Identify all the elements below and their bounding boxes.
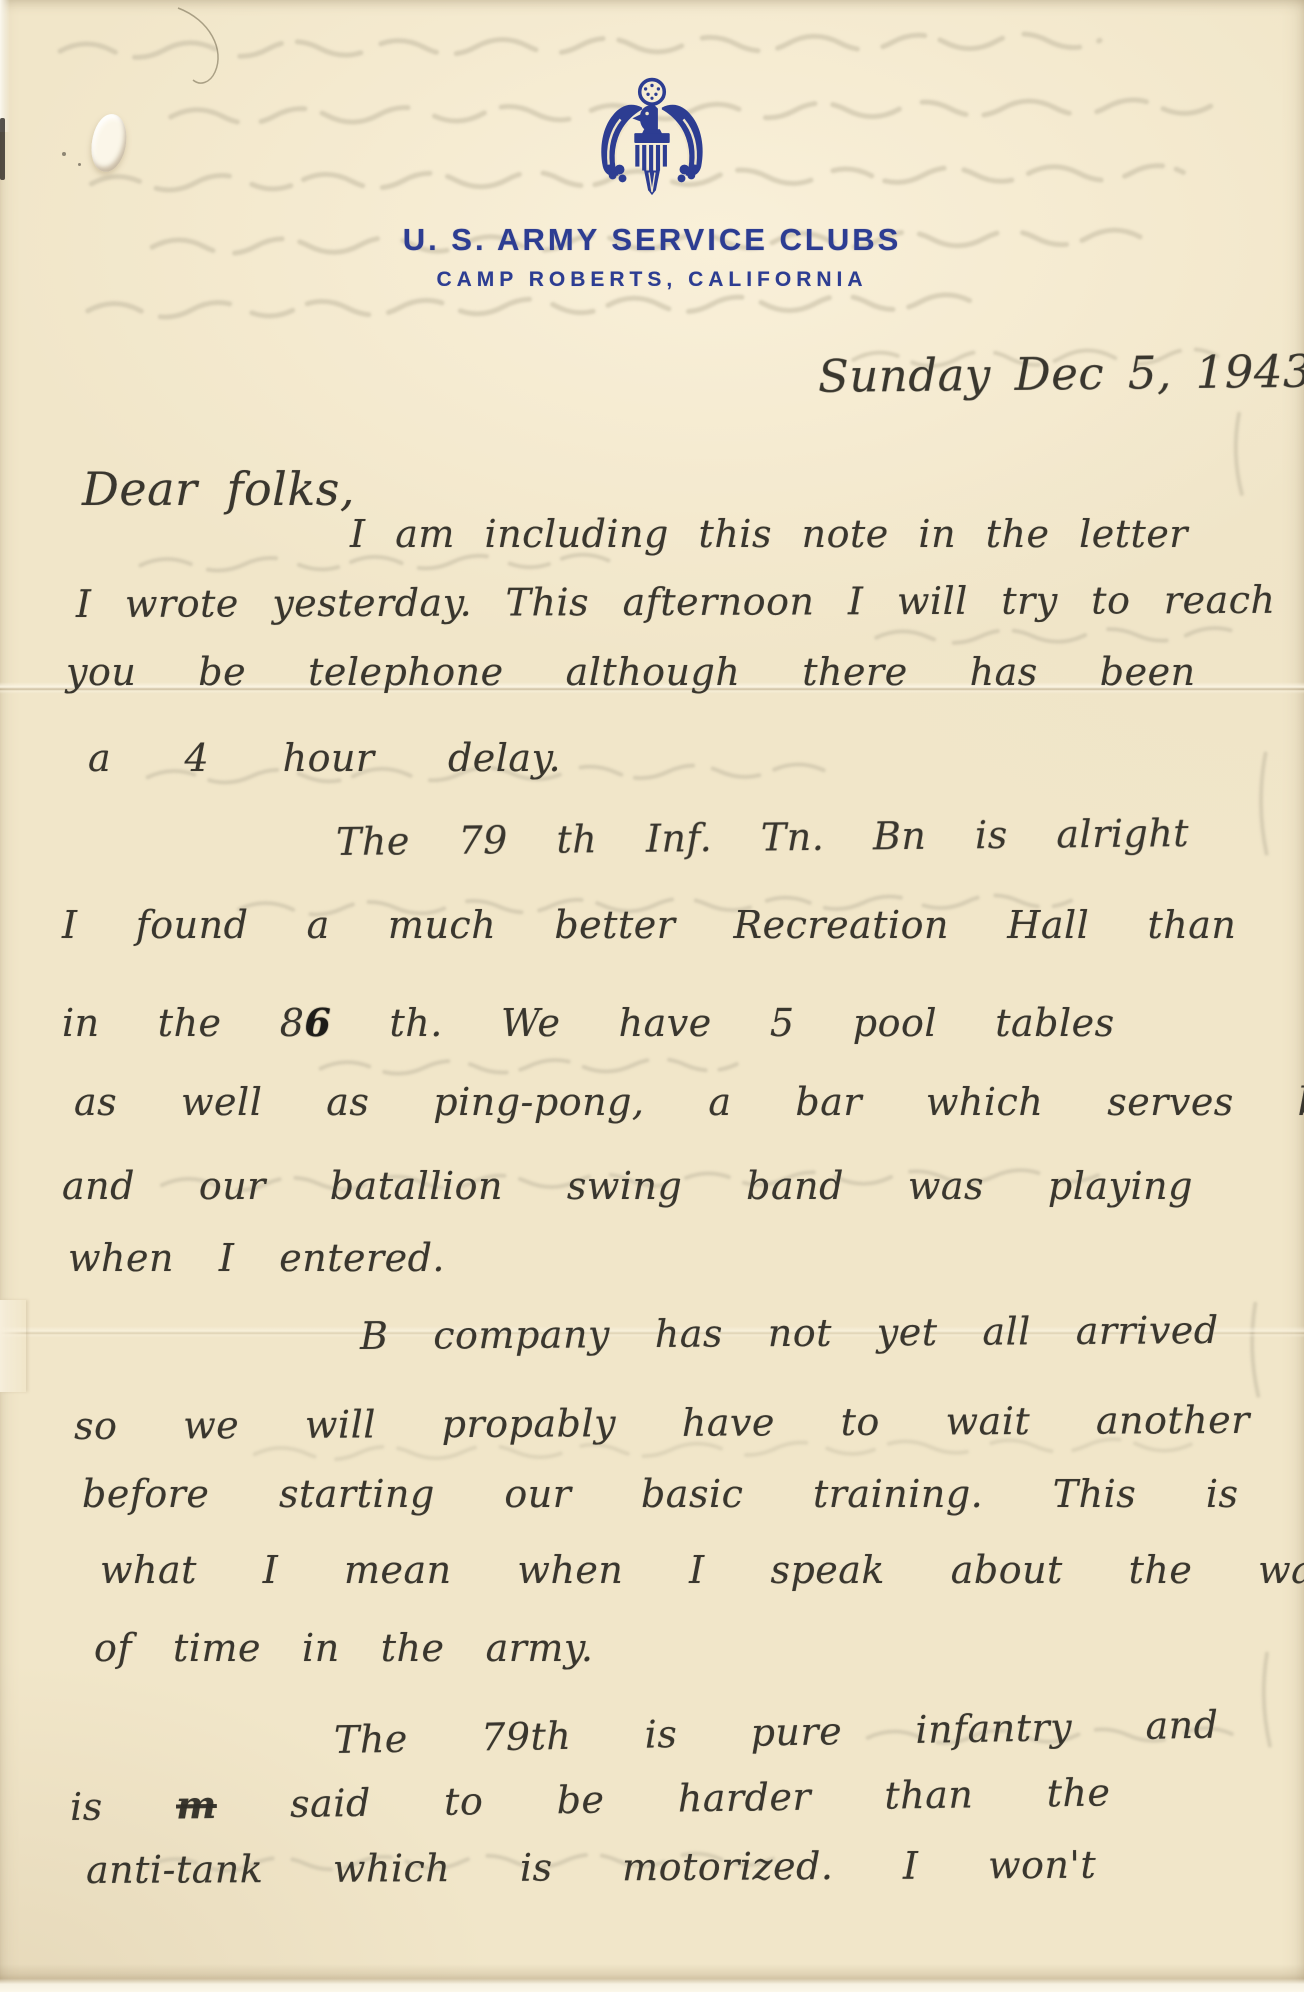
paper-bottom-edge [0, 1964, 1304, 1992]
handwritten-line: in the 86 th. We have 5 pool tables [62, 1000, 1115, 1045]
handwritten-line: I found a much better Recreation Hall th… [62, 903, 1236, 947]
line-text: said to be harder than the [216, 1770, 1110, 1826]
handwritten-line: when I entered. [68, 1236, 445, 1280]
paper-edge-highlight [0, 0, 10, 132]
overwritten-digit: 6 [304, 1000, 331, 1045]
left-edge-ink-mark [0, 118, 5, 180]
line-text: is [70, 1784, 177, 1829]
date-line: Sunday Dec 5, 1943 [818, 345, 1304, 403]
handwritten-line: so we will propably have to wait another… [74, 1397, 1304, 1448]
handwritten-line: is m said to be harder than the [70, 1769, 1111, 1829]
handwritten-line: and our batallion swing band was playing [62, 1164, 1193, 1208]
line-text: th. We have 5 pool tables [331, 1001, 1114, 1045]
bleedthrough-ghost-writing [0, 0, 1304, 1992]
handwritten-line: anti-tank which is motorized. I won't [86, 1843, 1096, 1892]
army-eagle-crest-logo [593, 76, 711, 208]
paper-speck [78, 163, 81, 166]
handwritten-line: what I mean when I speak about the waste [100, 1548, 1304, 1592]
paper-fiber-hair [40, 0, 300, 110]
handwritten-line: you be telephone although there has been [66, 650, 1196, 694]
handwritten-line: The 79 th Inf. Tn. Bn is alright [336, 811, 1190, 864]
salutation: Dear folks, [82, 462, 355, 516]
handwritten-line: before starting our basic training. This… [82, 1472, 1239, 1516]
handwritten-line: of time in the army. [94, 1626, 593, 1670]
letterhead-org-name: U. S. ARMY SERVICE CLUBS [0, 222, 1304, 258]
fold-tear-left-edge [0, 1300, 26, 1392]
line-text: in the 8 [62, 1001, 304, 1045]
staple-dent [86, 111, 131, 175]
handwritten-line: I am including this note in the letter [350, 512, 1188, 556]
handwritten-line: as well as ping-pong, a bar which serves… [74, 1080, 1304, 1124]
paper-speck [62, 152, 66, 156]
handwritten-line: B company has not yet all arrived [360, 1308, 1219, 1358]
struck-out-word: m [176, 1782, 217, 1828]
handwritten-line: a 4 hour delay. [88, 736, 561, 780]
handwritten-line: The 79th is pure infantry and [334, 1703, 1219, 1762]
handwritten-line: I wrote yesterday. This afternoon I will… [76, 578, 1276, 626]
letterhead-location: CAMP ROBERTS, CALIFORNIA [0, 268, 1304, 292]
scanned-letter-page: U. S. ARMY SERVICE CLUBS CAMP ROBERTS, C… [0, 0, 1304, 1992]
